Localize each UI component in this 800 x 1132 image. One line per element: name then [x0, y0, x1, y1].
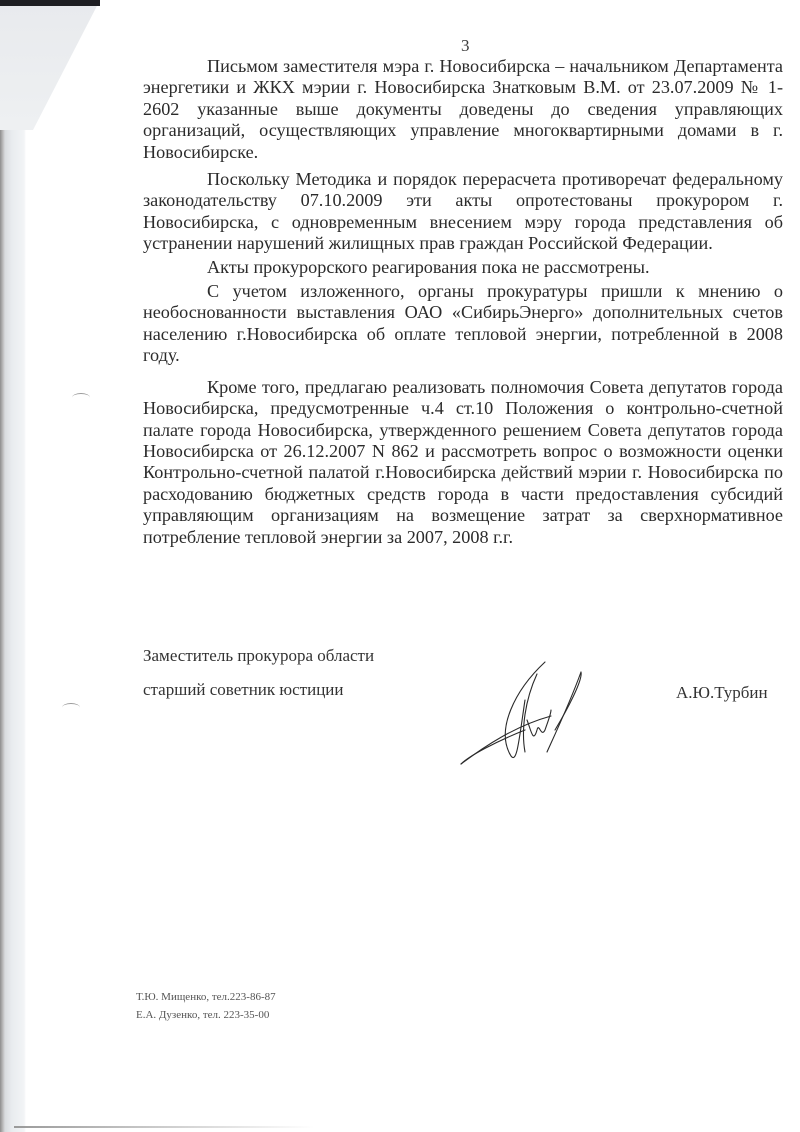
letter-body: Письмом заместителя мэра г. Новосибирска…: [143, 56, 783, 548]
executor-contact: Е.А. Дузенко, тел. 223-35-00: [136, 1006, 276, 1024]
paragraph: Письмом заместителя мэра г. Новосибирска…: [143, 56, 783, 163]
punch-hole-mark: [62, 703, 80, 712]
scanned-document-page: 3 Письмом заместителя мэра г. Новосибирс…: [0, 0, 800, 1132]
executor-contact: Т.Ю. Мищенко, тел.223-86-87: [136, 988, 276, 1006]
paragraph: Кроме того, предлагаю реализовать полном…: [143, 377, 783, 548]
handwritten-signature: [455, 660, 595, 770]
paragraph: Поскольку Методика и порядок перерасчета…: [143, 169, 783, 255]
paragraph: Акты прокурорского реагирования пока не …: [143, 257, 783, 278]
scan-folded-corner: [0, 0, 100, 130]
signatory-name: А.Ю.Турбин: [676, 683, 768, 703]
executors-list: Т.Ю. Мищенко, тел.223-86-87 Е.А. Дузенко…: [136, 988, 276, 1024]
scan-edge-shadow: [0, 0, 26, 1132]
signatory-rank: старший советник юстиции: [143, 680, 343, 700]
scan-bottom-edge: [14, 1126, 314, 1128]
page-number: 3: [461, 36, 470, 56]
signatory-position: Заместитель прокурора области: [143, 646, 374, 666]
scan-top-edge: [0, 0, 100, 6]
paragraph: С учетом изложенного, органы прокуратуры…: [143, 281, 783, 367]
punch-hole-mark: [72, 393, 90, 402]
